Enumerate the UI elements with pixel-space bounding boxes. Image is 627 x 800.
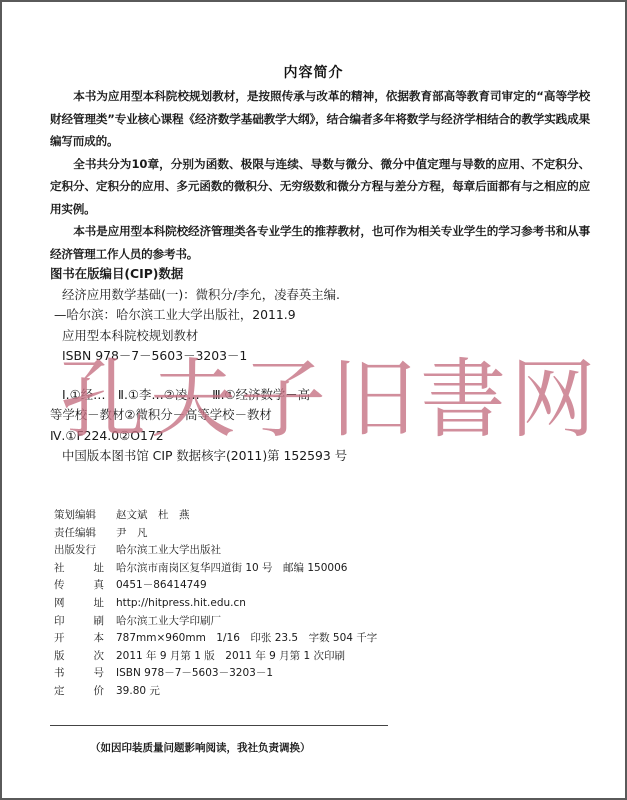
pub-value: 赵文斌 杜 燕	[116, 507, 190, 525]
pub-row-address: 社址 哈尔滨市南岗区复华四道街 10 号 邮编 150006	[54, 560, 454, 578]
cip-data-block: 图书在版编目(CIP)数据 经济应用数学基础(一)：微积分/李允，凌春英主编. …	[50, 264, 570, 467]
pub-value: 哈尔滨工业大学出版社	[116, 542, 221, 560]
pub-row-publisher: 出版发行 哈尔滨工业大学出版社	[54, 542, 454, 560]
cip-line: 应用型本科院校规划教材	[50, 326, 570, 347]
pub-row-responsible-editor: 责任编辑 尹 凡	[54, 525, 454, 543]
pub-row-isbn: 书号 ISBN 978－7－5603－3203－1	[54, 665, 454, 683]
publication-info: 策划编辑 赵文斌 杜 燕 责任编辑 尹 凡 出版发行 哈尔滨工业大学出版社 社址…	[54, 507, 454, 701]
pub-row-edition: 版次 2011 年 9 月第 1 版 2011 年 9 月第 1 次印刷	[54, 648, 454, 666]
pub-row-fax: 传真 0451－86414749	[54, 577, 454, 595]
pub-key: 定价	[54, 683, 104, 701]
pub-key: 书号	[54, 665, 104, 683]
cip-record-number: 中国版本图书馆 CIP 数据核字(2011)第 152593 号	[50, 446, 570, 467]
pub-value: 尹 凡	[116, 525, 148, 543]
pub-row-planning-editor: 策划编辑 赵文斌 杜 燕	[54, 507, 454, 525]
pub-key: 出版发行	[54, 542, 116, 560]
pub-value: 0451－86414749	[116, 577, 207, 595]
pub-row-website: 网址 http://hitpress.hit.edu.cn	[54, 595, 454, 613]
pub-key: 开本	[54, 630, 104, 648]
pub-key: 责任编辑	[54, 525, 116, 543]
pub-key: 社址	[54, 560, 104, 578]
cip-line: —哈尔滨：哈尔滨工业大学出版社，2011.9	[42, 305, 570, 326]
cip-isbn: ISBN 978－7－5603－3203－1	[50, 346, 570, 367]
pub-row-printer: 印刷 哈尔滨工业大学印刷厂	[54, 613, 454, 631]
copyright-page: 内容简介 本书为应用型本科院校规划教材，是按照传承与改革的精神，依据教育部高等教…	[0, 0, 627, 800]
summary-paragraph: 本书是应用型本科院校经济管理类各专业学生的推荐教材，也可作为相关专业学生的学习参…	[50, 220, 590, 265]
summary-paragraph: 本书为应用型本科院校规划教材，是按照传承与改革的精神，依据教育部高等教育司审定的…	[50, 85, 590, 153]
cip-line: 经济应用数学基础(一)：微积分/李允，凌春英主编.	[50, 285, 570, 306]
pub-value: 787mm×960mm 1/16 印张 23.5 字数 504 千字	[116, 630, 377, 648]
pub-row-format: 开本 787mm×960mm 1/16 印张 23.5 字数 504 千字	[54, 630, 454, 648]
pub-value: 哈尔滨工业大学印刷厂	[116, 613, 221, 631]
pub-value: 2011 年 9 月第 1 版 2011 年 9 月第 1 次印刷	[116, 648, 345, 666]
pub-value: http://hitpress.hit.edu.cn	[116, 595, 246, 613]
pub-value: ISBN 978－7－5603－3203－1	[116, 665, 273, 683]
pub-value: 39.80 元	[116, 683, 160, 701]
pub-key: 印刷	[54, 613, 104, 631]
summary-paragraph: 全书共分为10章，分别为函数、极限与连续、导数与微分、微分中值定理与导数的应用、…	[50, 153, 590, 221]
pub-key: 策划编辑	[54, 507, 116, 525]
quality-note: （如因印装质量问题影响阅读，我社负责调换）	[90, 740, 311, 755]
pub-key: 传真	[54, 577, 104, 595]
pub-value: 哈尔滨市南岗区复华四道街 10 号 邮编 150006	[116, 560, 347, 578]
pub-key: 版次	[54, 648, 104, 666]
cip-heading: 图书在版编目(CIP)数据	[50, 264, 570, 285]
divider-line	[50, 725, 388, 726]
cip-classification-code: Ⅳ.①F224.0②O172	[50, 426, 570, 447]
pub-row-price: 定价 39.80 元	[54, 683, 454, 701]
content-summary: 本书为应用型本科院校规划教材，是按照传承与改革的精神，依据教育部高等教育司审定的…	[50, 85, 590, 265]
cip-classification: 等学校－教材②微积分－高等学校－教材	[50, 405, 570, 426]
page-title: 内容简介	[2, 62, 625, 82]
cip-classification: Ⅰ.①经… Ⅱ.①李…②凌… Ⅲ.①经济数学－高	[50, 385, 570, 406]
pub-key: 网址	[54, 595, 104, 613]
